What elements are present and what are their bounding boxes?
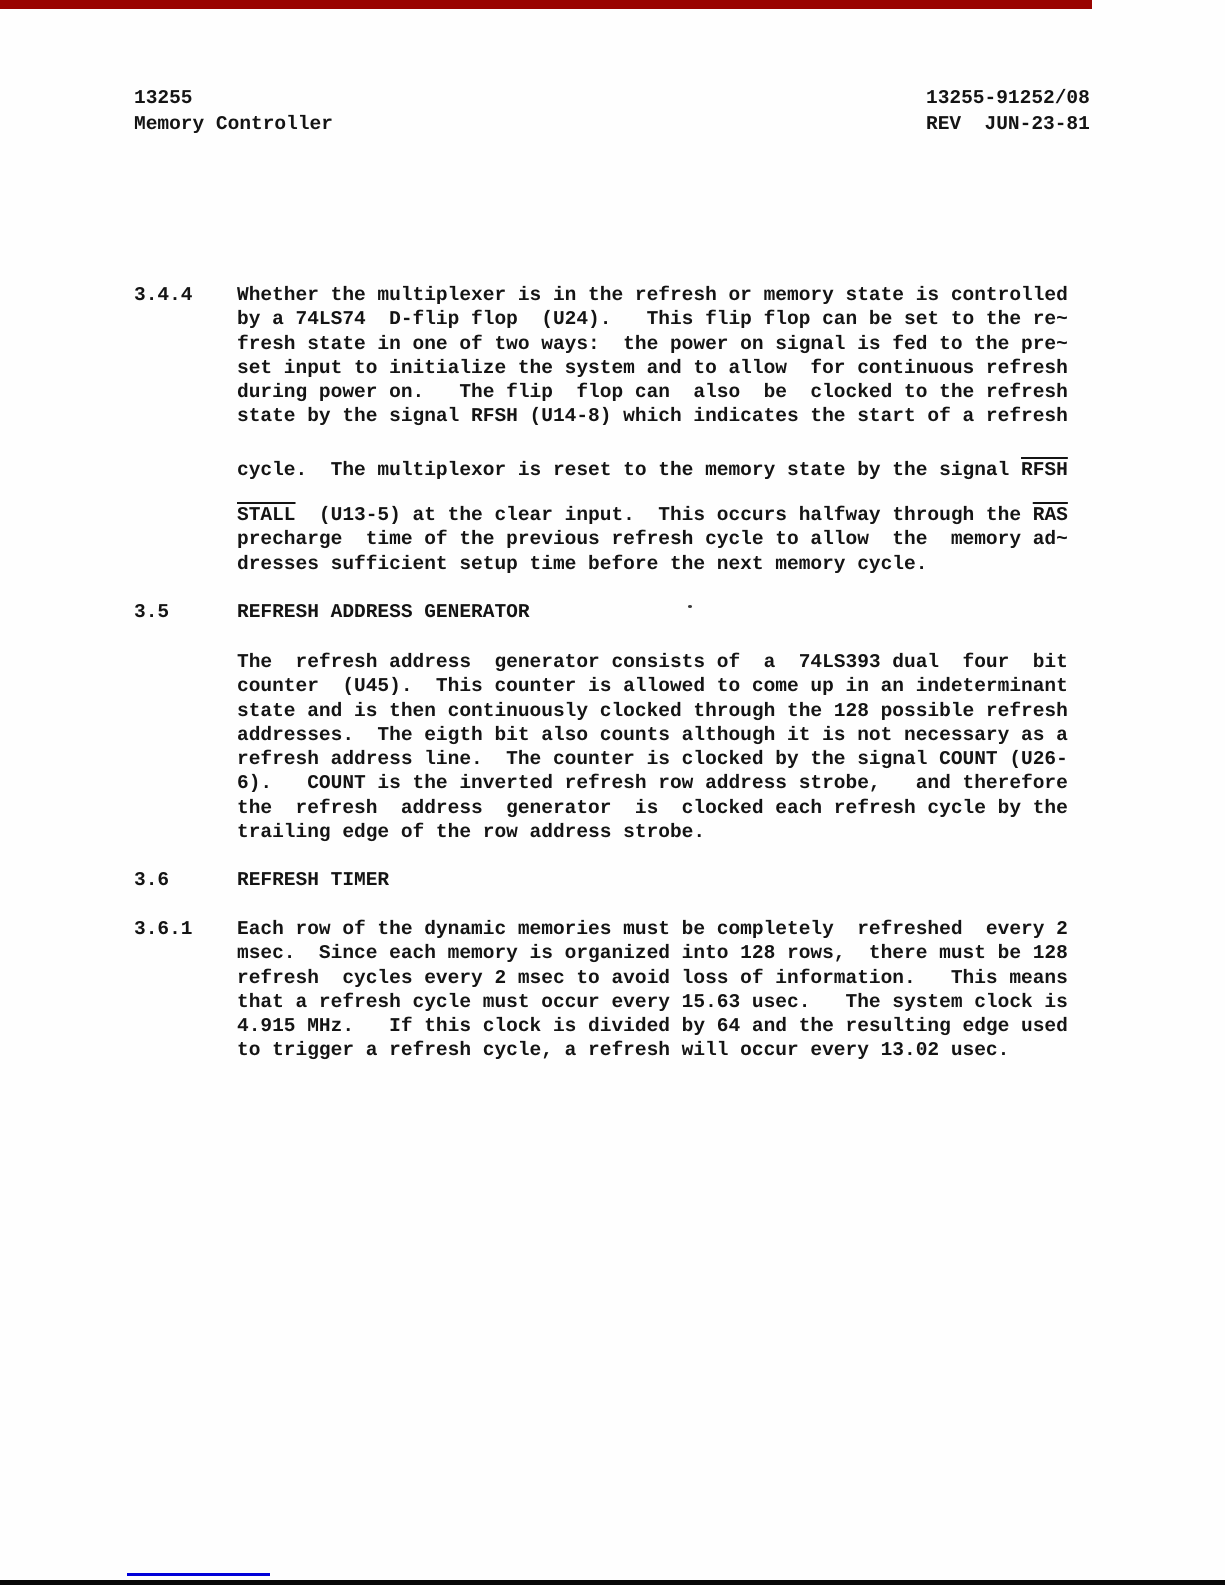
- section-3-5-paragraph: The refresh address generator consists o…: [237, 650, 1068, 844]
- ras-signal-overlined: RAS: [1033, 504, 1068, 526]
- rfsh-signal-overlined: RFSH: [1021, 459, 1068, 481]
- section-3-5-heading: REFRESH ADDRESS GENERATOR: [237, 600, 530, 624]
- revision-date: REV JUN-23-81: [926, 111, 1090, 137]
- scan-artifact-top-bar: [0, 0, 1092, 9]
- section-3-6-1-paragraph: Each row of the dynamic memories must be…: [237, 917, 1068, 1063]
- section-3-4-4-stall-lines: STALL (U13-5) at the clear input. This o…: [237, 503, 1068, 576]
- section-number-3-6-1: 3.6.1: [134, 917, 193, 941]
- scanned-document-page: 13255 Memory Controller 13255-91252/08 R…: [0, 0, 1225, 1585]
- stall-signal-overlined: STALL: [237, 504, 296, 526]
- section-3-6-heading: REFRESH TIMER: [237, 868, 389, 892]
- cycle-line-text: cycle. The multiplexor is reset to the m…: [237, 459, 1021, 481]
- section-number-3-4-4: 3.4.4: [134, 283, 193, 307]
- stall-remaining-lines: precharge time of the previous refresh c…: [237, 528, 1068, 574]
- doc-title: Memory Controller: [134, 111, 333, 137]
- section-3-4-4-cycle-line: cycle. The multiplexor is reset to the m…: [237, 458, 1068, 482]
- section-3-4-4-paragraph: Whether the multiplexer is in the refres…: [237, 283, 1068, 429]
- section-number-3-5: 3.5: [134, 600, 169, 624]
- scan-artifact-blue-line: [127, 1573, 270, 1576]
- doc-number: 13255: [134, 85, 193, 111]
- stall-line-text: (U13-5) at the clear input. This occurs …: [296, 504, 1033, 526]
- part-number: 13255-91252/08: [926, 85, 1090, 111]
- section-number-3-6: 3.6: [134, 868, 169, 892]
- scan-artifact-speck: [688, 605, 692, 608]
- scan-artifact-bottom-bar: [0, 1580, 1225, 1585]
